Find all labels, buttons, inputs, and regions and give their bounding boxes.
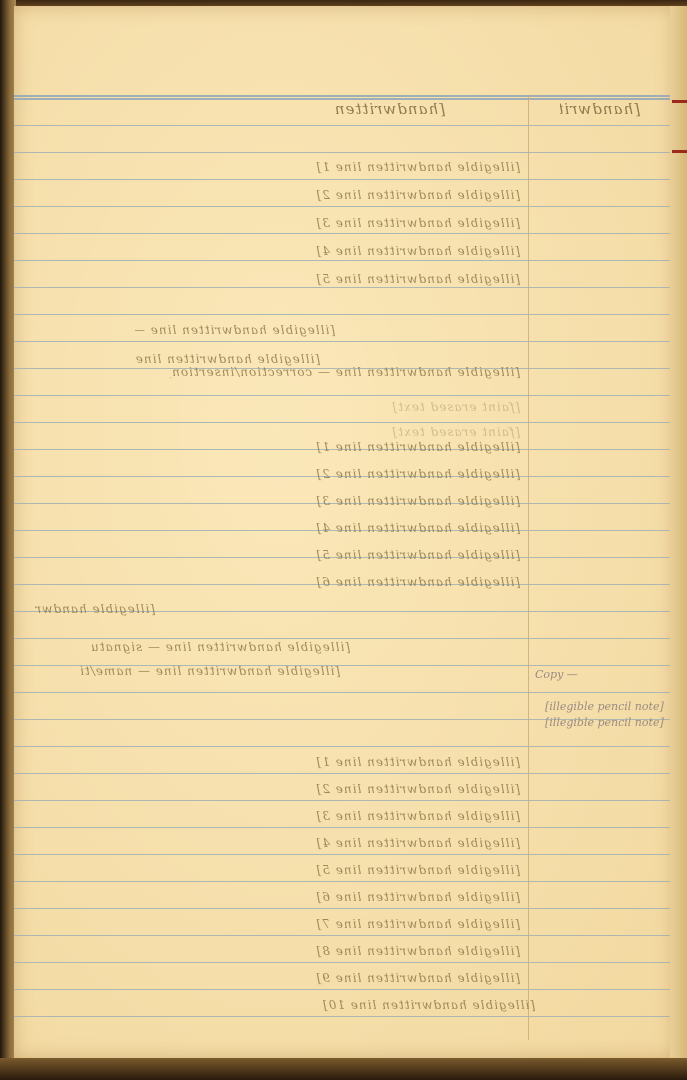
text-line: [illegible handwritten line 9] (25, 971, 520, 985)
text-line: [illegible handwritten line 4] (25, 836, 520, 850)
ruled-line (14, 746, 670, 747)
faint-text-line: [faint erased text] (30, 400, 520, 414)
text-line: [illegible handwritten line 1] (25, 755, 520, 769)
text-line: [illegible handwritten line 2] (35, 467, 520, 481)
ruled-line (14, 152, 670, 153)
ruled-line (14, 314, 670, 315)
ruled-line (14, 881, 670, 882)
page-title: [handwritten heading – illegible, mirror… (335, 100, 445, 118)
ruled-line (14, 638, 670, 639)
ruled-line (14, 827, 670, 828)
text-line: [illegible handwritten line 5] (35, 548, 520, 562)
ruled-line (14, 179, 670, 180)
red-margin-mark (672, 100, 687, 103)
text-line: [illegible handwritten line 2] (30, 188, 520, 202)
ruled-line (14, 854, 670, 855)
text-line: [illegible handwritten line 2] (25, 782, 520, 796)
red-margin-mark (672, 150, 687, 153)
ruled-line (14, 260, 670, 261)
ruled-line (14, 125, 670, 126)
signature-line: [illegible handwritten line — signature/… (135, 323, 335, 337)
text-line: [illegible handwritten line 5] (25, 863, 520, 877)
text-line: [illegible handwritten line 1] (30, 160, 520, 174)
text-line: [illegible handwritten line 10] (35, 998, 535, 1012)
text-line: [illegible handwritten line 5] (210, 272, 520, 286)
signature-line: [illegible handwritten line — name/title… (130, 352, 320, 366)
margin-rule (528, 95, 529, 1040)
ruled-line (14, 422, 670, 423)
ruled-line (14, 989, 670, 990)
text-line: [illegible handwritten line 1] (35, 440, 520, 454)
text-line: [illegible handwritten line 3] (30, 216, 520, 230)
text-line: [illegible handwritten line 7] (35, 602, 155, 616)
text-line: [illegible handwritten line 8] (25, 944, 520, 958)
ruled-line (14, 935, 670, 936)
signature-line: [illegible handwritten line — signature/… (90, 640, 350, 654)
text-line: [illegible handwritten line 6] (35, 575, 520, 589)
ruled-line (14, 287, 670, 288)
ruled-line (14, 206, 670, 207)
ruled-line (14, 395, 670, 396)
ruled-line (14, 233, 670, 234)
page-stack-edge (670, 6, 687, 1058)
book-binding-bottom (0, 1058, 687, 1080)
margin-note: [illegible pencil note] (545, 716, 664, 729)
ruled-line (14, 692, 670, 693)
text-line: [illegible handwritten line 6] (25, 890, 520, 904)
ruled-line (14, 95, 670, 97)
text-line: [illegible handwritten line 4] (35, 521, 520, 535)
text-line: [illegible handwritten line 3] (25, 809, 520, 823)
ruled-line (14, 1016, 670, 1017)
faint-text-line: [faint erased text] (30, 425, 520, 439)
page-right-label: [handwritten label – illegible] (560, 100, 640, 118)
signature-line: [illegible handwritten line — correction… (170, 365, 520, 379)
ruled-line (14, 341, 670, 342)
ruled-line (14, 800, 670, 801)
margin-note: [illegible pencil note] (545, 700, 664, 713)
text-line: [illegible handwritten line 4] (30, 244, 520, 258)
margin-note: Copy — (535, 668, 578, 681)
text-line: [illegible handwritten line 7] (25, 917, 520, 931)
ruled-line (14, 773, 670, 774)
signature-line: [illegible handwritten line — name/title… (80, 664, 340, 678)
ruled-line (14, 908, 670, 909)
ruled-line (14, 962, 670, 963)
text-line: [illegible handwritten line 3] (35, 494, 520, 508)
